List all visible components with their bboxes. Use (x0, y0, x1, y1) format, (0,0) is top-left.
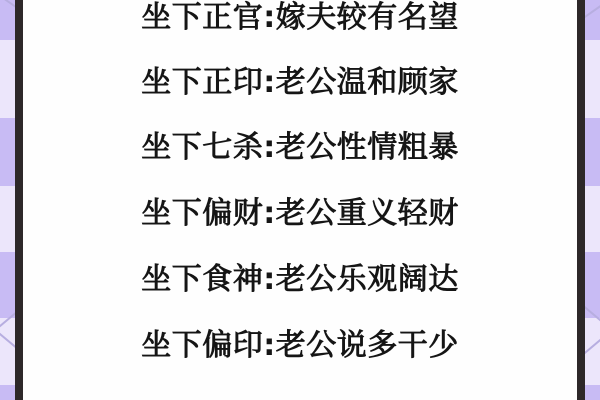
stripe-band (585, 186, 600, 252)
stripe-band (0, 118, 16, 186)
stripe-band (585, 40, 600, 118)
text-line: 坐下食神:老公乐观阔达 (23, 262, 577, 298)
stripe-band (585, 118, 600, 186)
text-card: 坐下正官:嫁夫较有名望 坐下正印:老公温和顾家 坐下七杀:老公性情粗暴 坐下偏财… (23, 0, 577, 400)
card-left-border (15, 0, 23, 400)
stripe-band (0, 385, 16, 400)
text-line: 坐下七杀:老公性情粗暴 (23, 130, 577, 166)
card-right-border (577, 0, 585, 400)
stripe-band (585, 385, 600, 400)
stripe-band (0, 318, 16, 385)
stripe-band (0, 186, 16, 252)
stripe-band (0, 252, 16, 318)
stripe-band (0, 40, 16, 118)
text-line: 坐下正印:老公温和顾家 (23, 65, 577, 101)
right-striped-background (585, 0, 600, 400)
text-line: 坐下正官:嫁夫较有名望 (23, 0, 577, 36)
text-line: 坐下偏财:老公重义轻财 (23, 196, 577, 232)
left-striped-background (0, 0, 16, 400)
text-line: 坐下偏印:老公说多干少 (23, 328, 577, 364)
